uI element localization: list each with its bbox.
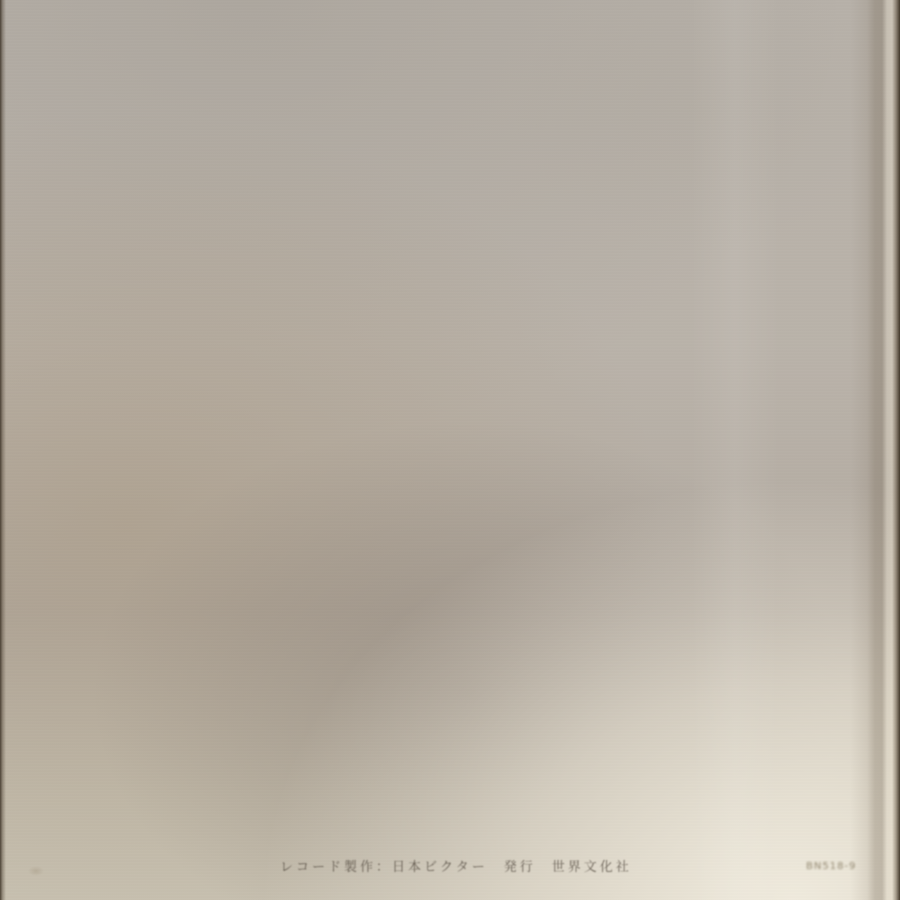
sleeve-right-folded-edge	[850, 0, 900, 900]
corner-code-text: BN518-9	[806, 861, 856, 872]
paper-sheen-streak	[690, 0, 780, 900]
paper-blemish	[28, 866, 44, 876]
credit-line-text: レコード製作：日本ビクター 発行 世界文化社	[280, 860, 632, 875]
sleeve-left-edge-shadow	[0, 0, 6, 900]
record-sleeve-back-photo: レコード製作：日本ビクター 発行 世界文化社 BN518-9	[0, 0, 900, 900]
